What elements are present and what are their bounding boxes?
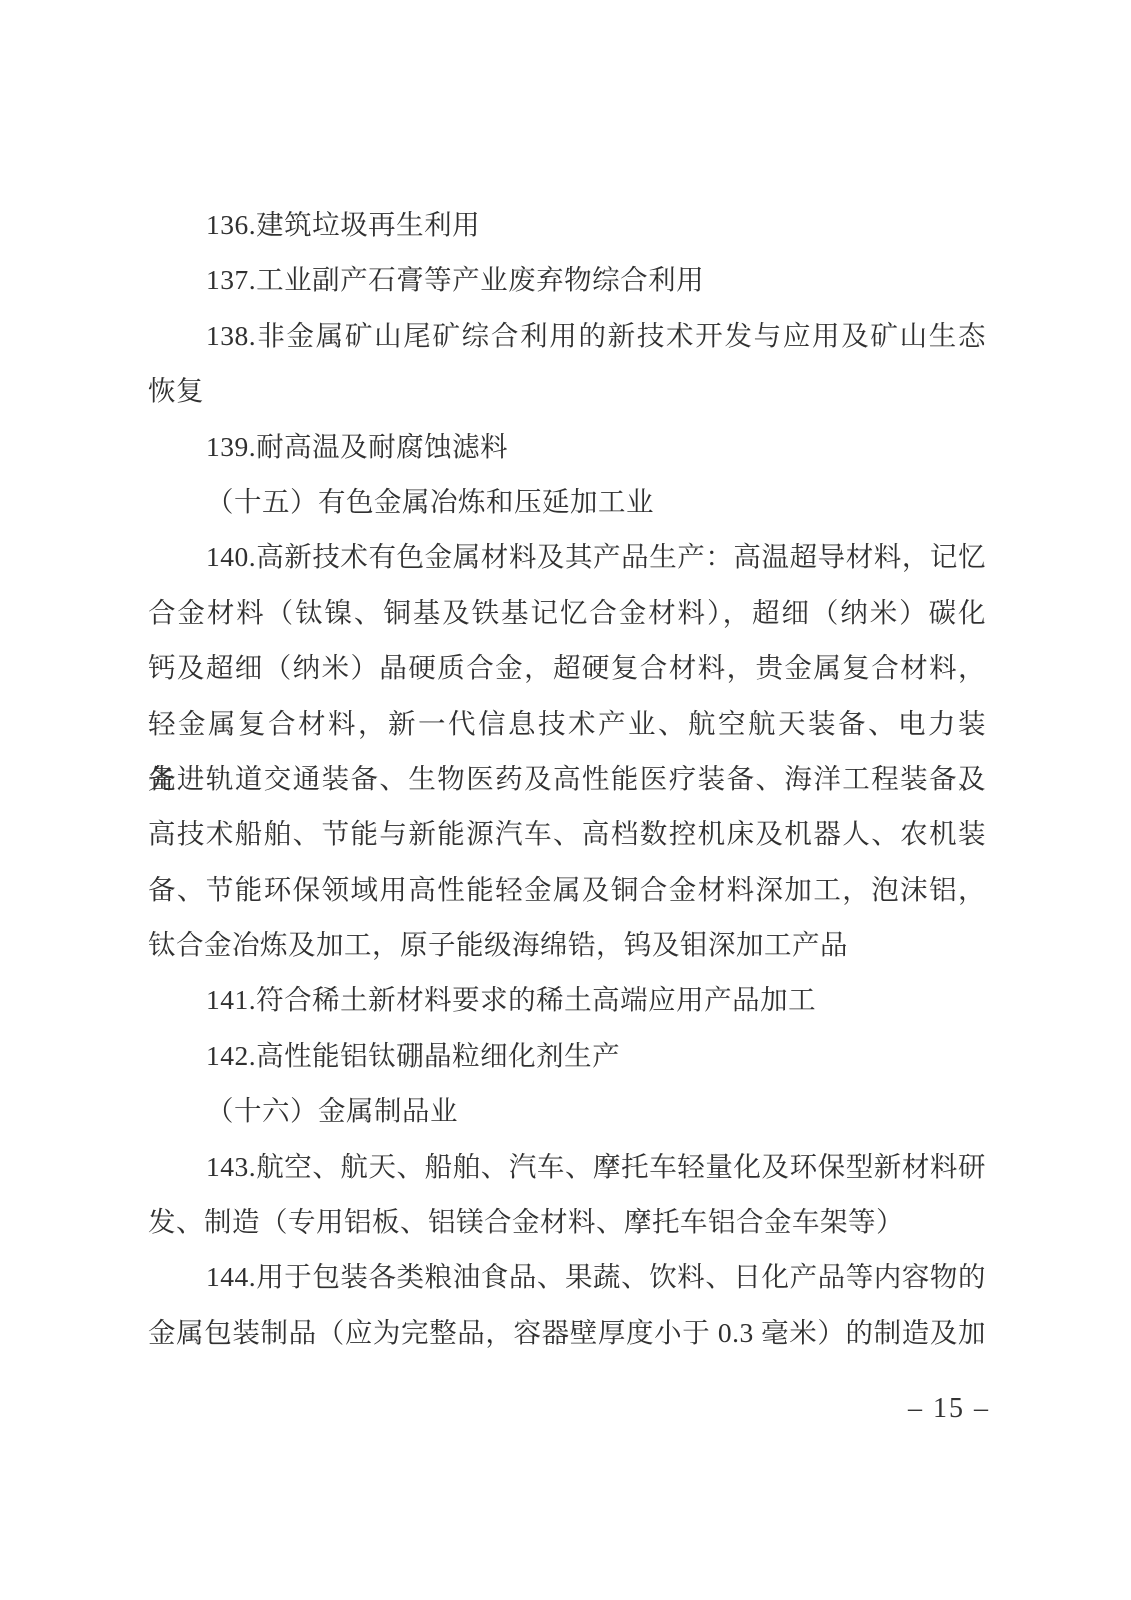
document-line: 140.高新技术有色金属材料及其产品生产：高温超导材料，记忆 bbox=[148, 529, 986, 584]
document-line: 金属包装制品（应为完整品，容器壁厚度小于 0.3 毫米）的制造及加 bbox=[148, 1305, 986, 1360]
document-line: 144.用于包装各类粮油食品、果蔬、饮料、日化产品等内容物的 bbox=[148, 1249, 986, 1304]
document-line: 备、节能环保领域用高性能轻金属及铜合金材料深加工，泡沫铝， bbox=[148, 862, 986, 917]
document-line: 高技术船舶、节能与新能源汽车、高档数控机床及机器人、农机装 bbox=[148, 806, 986, 861]
page-number: – 15 – bbox=[908, 1392, 990, 1426]
document-line: 先进轨道交通装备、生物医药及高性能医疗装备、海洋工程装备及 bbox=[148, 751, 986, 806]
document-line: 142.高性能铝钛硼晶粒细化剂生产 bbox=[148, 1028, 986, 1083]
document-page: 136.建筑垃圾再生利用137.工业副产石膏等产业废弃物综合利用138.非金属矿… bbox=[0, 0, 1131, 1600]
document-line: 发、制造（专用铝板、铝镁合金材料、摩托车铝合金车架等） bbox=[148, 1194, 986, 1249]
document-line: 恢复 bbox=[148, 363, 986, 418]
document-line: 139.耐高温及耐腐蚀滤料 bbox=[148, 419, 986, 474]
document-line: （十五）有色金属冶炼和压延加工业 bbox=[148, 474, 986, 529]
document-line: 136.建筑垃圾再生利用 bbox=[148, 197, 986, 252]
document-line: 轻金属复合材料，新一代信息技术产业、航空航天装备、电力装备、 bbox=[148, 696, 986, 751]
document-line: 钛合金冶炼及加工，原子能级海绵锆，钨及钼深加工产品 bbox=[148, 917, 986, 972]
document-line: 137.工业副产石膏等产业废弃物综合利用 bbox=[148, 252, 986, 307]
document-body: 136.建筑垃圾再生利用137.工业副产石膏等产业废弃物综合利用138.非金属矿… bbox=[148, 197, 986, 1360]
document-line: 143.航空、航天、船舶、汽车、摩托车轻量化及环保型新材料研 bbox=[148, 1139, 986, 1194]
document-line: （十六）金属制品业 bbox=[148, 1083, 986, 1138]
document-line: 合金材料（钛镍、铜基及铁基记忆合金材料），超细（纳米）碳化 bbox=[148, 585, 986, 640]
document-line: 141.符合稀土新材料要求的稀土高端应用产品加工 bbox=[148, 972, 986, 1027]
document-line: 138.非金属矿山尾矿综合利用的新技术开发与应用及矿山生态 bbox=[148, 308, 986, 363]
document-line: 钙及超细（纳米）晶硬质合金，超硬复合材料，贵金属复合材料， bbox=[148, 640, 986, 695]
